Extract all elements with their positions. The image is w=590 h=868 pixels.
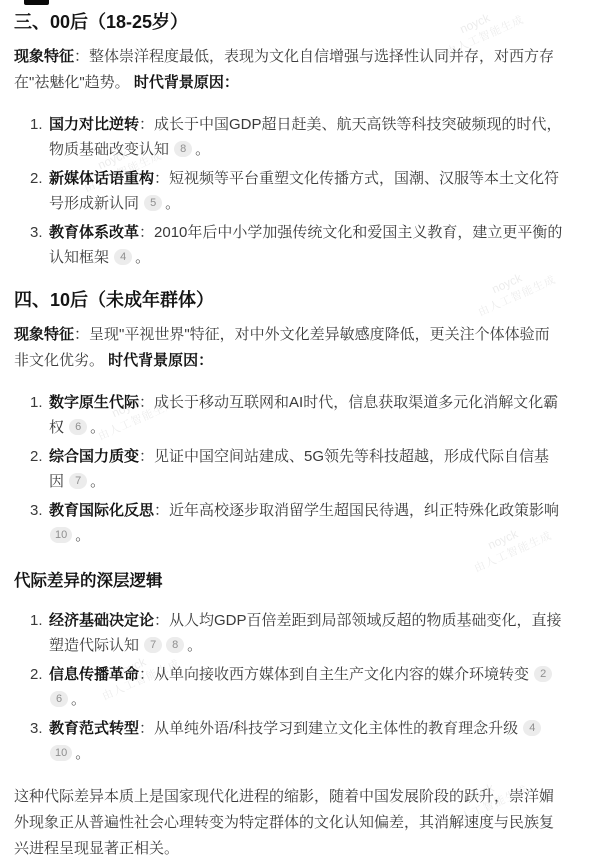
list-item: 2. 综合国力质变：见证中国空间站建成、5G领先等科技超越，形成代际自信基因 7… bbox=[30, 444, 564, 494]
list-item-number: 3. bbox=[30, 220, 49, 270]
citation-badge[interactable]: 7 bbox=[144, 637, 162, 653]
list-item: 3. 教育体系改革：2010年后中小学加强传统文化和爱国主义教育，建立更平衡的认… bbox=[30, 220, 564, 270]
list-item: 3. 教育范式转型：从单纯外语/科技学习到建立文化主体性的教育理念升级 410。 bbox=[30, 716, 564, 766]
list-item: 1. 国力对比逆转：成长于中国GDP超日赶美、航天高铁等科技突破频现的时代，物质… bbox=[30, 112, 564, 162]
citation-badge[interactable]: 8 bbox=[174, 141, 192, 157]
section-heading-post00: 三、00后（18-25岁） bbox=[14, 10, 564, 34]
list-item-number: 2. bbox=[30, 166, 49, 216]
list-item-number: 3. bbox=[30, 716, 49, 766]
list-item-number: 1. bbox=[30, 390, 49, 440]
list-item-period: 。 bbox=[75, 745, 90, 762]
list-item-body: 新媒体话语重构：短视频等平台重塑文化传播方式，国潮、汉服等本土文化符号形成新认同… bbox=[49, 166, 564, 216]
list-item-number: 1. bbox=[30, 608, 49, 658]
list-item-period: 。 bbox=[165, 195, 180, 212]
list-item-body: 信息传播革命：从单向接收西方媒体到自主生产文化内容的媒介环境转变 26。 bbox=[49, 662, 564, 712]
list-item-period: 。 bbox=[187, 637, 202, 654]
list-item-text: ：从单纯外语/科技学习到建立文化主体性的教育理念升级 bbox=[139, 720, 522, 737]
citation-badge[interactable]: 2 bbox=[534, 666, 552, 682]
list-item-period: 。 bbox=[90, 419, 105, 436]
list-item: 1. 经济基础决定论：从人均GDP百倍差距到局部领域反超的物质基础变化，直接塑造… bbox=[30, 608, 564, 658]
list-item-body: 数字原生代际：成长于移动互联网和AI时代，信息获取渠道多元化消解文化霸权 6。 bbox=[49, 390, 564, 440]
list-item-term: 经济基础决定论 bbox=[49, 612, 154, 629]
list-item-number: 2. bbox=[30, 444, 49, 494]
list-item-body: 综合国力质变：见证中国空间站建成、5G领先等科技超越，形成代际自信基因 7。 bbox=[49, 444, 564, 494]
list-item-term: 数字原生代际 bbox=[49, 394, 139, 411]
reason-label: 时代背景原因： bbox=[134, 74, 239, 91]
feature-text: ：呈现"平视世界"特征，对中外文化差异敏感度降低，更关注个体体验而非文化优劣。 bbox=[14, 326, 550, 369]
list-item-period: 。 bbox=[75, 527, 90, 544]
list-item-term: 教育范式转型 bbox=[49, 720, 139, 737]
citation-badge[interactable]: 6 bbox=[69, 419, 87, 435]
list-item-body: 教育体系改革：2010年后中小学加强传统文化和爱国主义教育，建立更平衡的认知框架… bbox=[49, 220, 564, 270]
list-item-term: 国力对比逆转 bbox=[49, 116, 139, 133]
feature-label: 现象特征 bbox=[14, 48, 74, 65]
citation-badge[interactable]: 4 bbox=[523, 720, 541, 736]
list-item-period: 。 bbox=[195, 141, 210, 158]
list-item-number: 1. bbox=[30, 112, 49, 162]
reason-label: 时代背景原因： bbox=[108, 352, 213, 369]
list-item-body: 经济基础决定论：从人均GDP百倍差距到局部领域反超的物质基础变化，直接塑造代际认… bbox=[49, 608, 564, 658]
list-item-period: 。 bbox=[71, 691, 86, 708]
phenomenon-paragraph-post10: 现象特征：呈现"平视世界"特征，对中外文化差异敏感度降低，更关注个体体验而非文化… bbox=[14, 322, 564, 374]
feature-label: 现象特征 bbox=[14, 326, 74, 343]
list-item-term: 教育体系改革 bbox=[49, 224, 139, 241]
citation-badge[interactable]: 5 bbox=[144, 195, 162, 211]
list-item-term: 综合国力质变 bbox=[49, 448, 139, 465]
ai-response-document: 三、00后（18-25岁） 现象特征：整体崇洋程度最低，表现为文化自信增强与选择… bbox=[0, 0, 590, 868]
citation-badge[interactable]: 6 bbox=[50, 691, 68, 707]
list-item-number: 3. bbox=[30, 498, 49, 548]
phenomenon-paragraph-post00: 现象特征：整体崇洋程度最低，表现为文化自信增强与选择性认同并存，对西方存在"祛魅… bbox=[14, 44, 564, 96]
reason-list-post10: 1. 数字原生代际：成长于移动互联网和AI时代，信息获取渠道多元化消解文化霸权 … bbox=[14, 390, 564, 548]
citation-badge[interactable]: 4 bbox=[114, 249, 132, 265]
list-item-body: 教育国际化反思：近年高校逐步取消留学生超国民待遇，纠正特殊化政策影响 10。 bbox=[49, 498, 564, 548]
citation-badge[interactable]: 10 bbox=[50, 527, 72, 543]
deep-logic-list: 1. 经济基础决定论：从人均GDP百倍差距到局部领域反超的物质基础变化，直接塑造… bbox=[14, 608, 564, 766]
reason-list-post00: 1. 国力对比逆转：成长于中国GDP超日赶美、航天高铁等科技突破频现的时代，物质… bbox=[14, 112, 564, 270]
scrolled-element-fragment bbox=[24, 0, 49, 5]
citation-badge[interactable]: 7 bbox=[69, 473, 87, 489]
closing-paragraph: 这种代际差异本质上是国家现代化进程的缩影，随着中国发展阶段的跃升，崇洋媚外现象正… bbox=[14, 784, 564, 862]
list-item-text: ：从单向接收西方媒体到自主生产文化内容的媒介环境转变 bbox=[139, 666, 533, 683]
list-item-body: 国力对比逆转：成长于中国GDP超日赶美、航天高铁等科技突破频现的时代，物质基础改… bbox=[49, 112, 564, 162]
list-item-period: 。 bbox=[135, 249, 150, 266]
list-item-text: ：近年高校逐步取消留学生超国民待遇，纠正特殊化政策影响 bbox=[154, 502, 559, 519]
subsection-heading-deep-logic: 代际差异的深层逻辑 bbox=[14, 570, 564, 592]
list-item-term: 新媒体话语重构 bbox=[49, 170, 154, 187]
citation-badge[interactable]: 10 bbox=[50, 745, 72, 761]
list-item-term: 信息传播革命 bbox=[49, 666, 139, 683]
list-item-period: 。 bbox=[90, 473, 105, 490]
list-item: 1. 数字原生代际：成长于移动互联网和AI时代，信息获取渠道多元化消解文化霸权 … bbox=[30, 390, 564, 440]
list-item: 2. 信息传播革命：从单向接收西方媒体到自主生产文化内容的媒介环境转变 26。 bbox=[30, 662, 564, 712]
list-item-term: 教育国际化反思 bbox=[49, 502, 154, 519]
list-item: 2. 新媒体话语重构：短视频等平台重塑文化传播方式，国潮、汉服等本土文化符号形成… bbox=[30, 166, 564, 216]
list-item-number: 2. bbox=[30, 662, 49, 712]
citation-badge[interactable]: 8 bbox=[166, 637, 184, 653]
list-item-body: 教育范式转型：从单纯外语/科技学习到建立文化主体性的教育理念升级 410。 bbox=[49, 716, 564, 766]
list-item: 3. 教育国际化反思：近年高校逐步取消留学生超国民待遇，纠正特殊化政策影响 10… bbox=[30, 498, 564, 548]
feature-text: ：整体崇洋程度最低，表现为文化自信增强与选择性认同并存，对西方存在"祛魅化"趋势… bbox=[14, 48, 554, 91]
section-heading-post10: 四、10后（未成年群体） bbox=[14, 288, 564, 312]
